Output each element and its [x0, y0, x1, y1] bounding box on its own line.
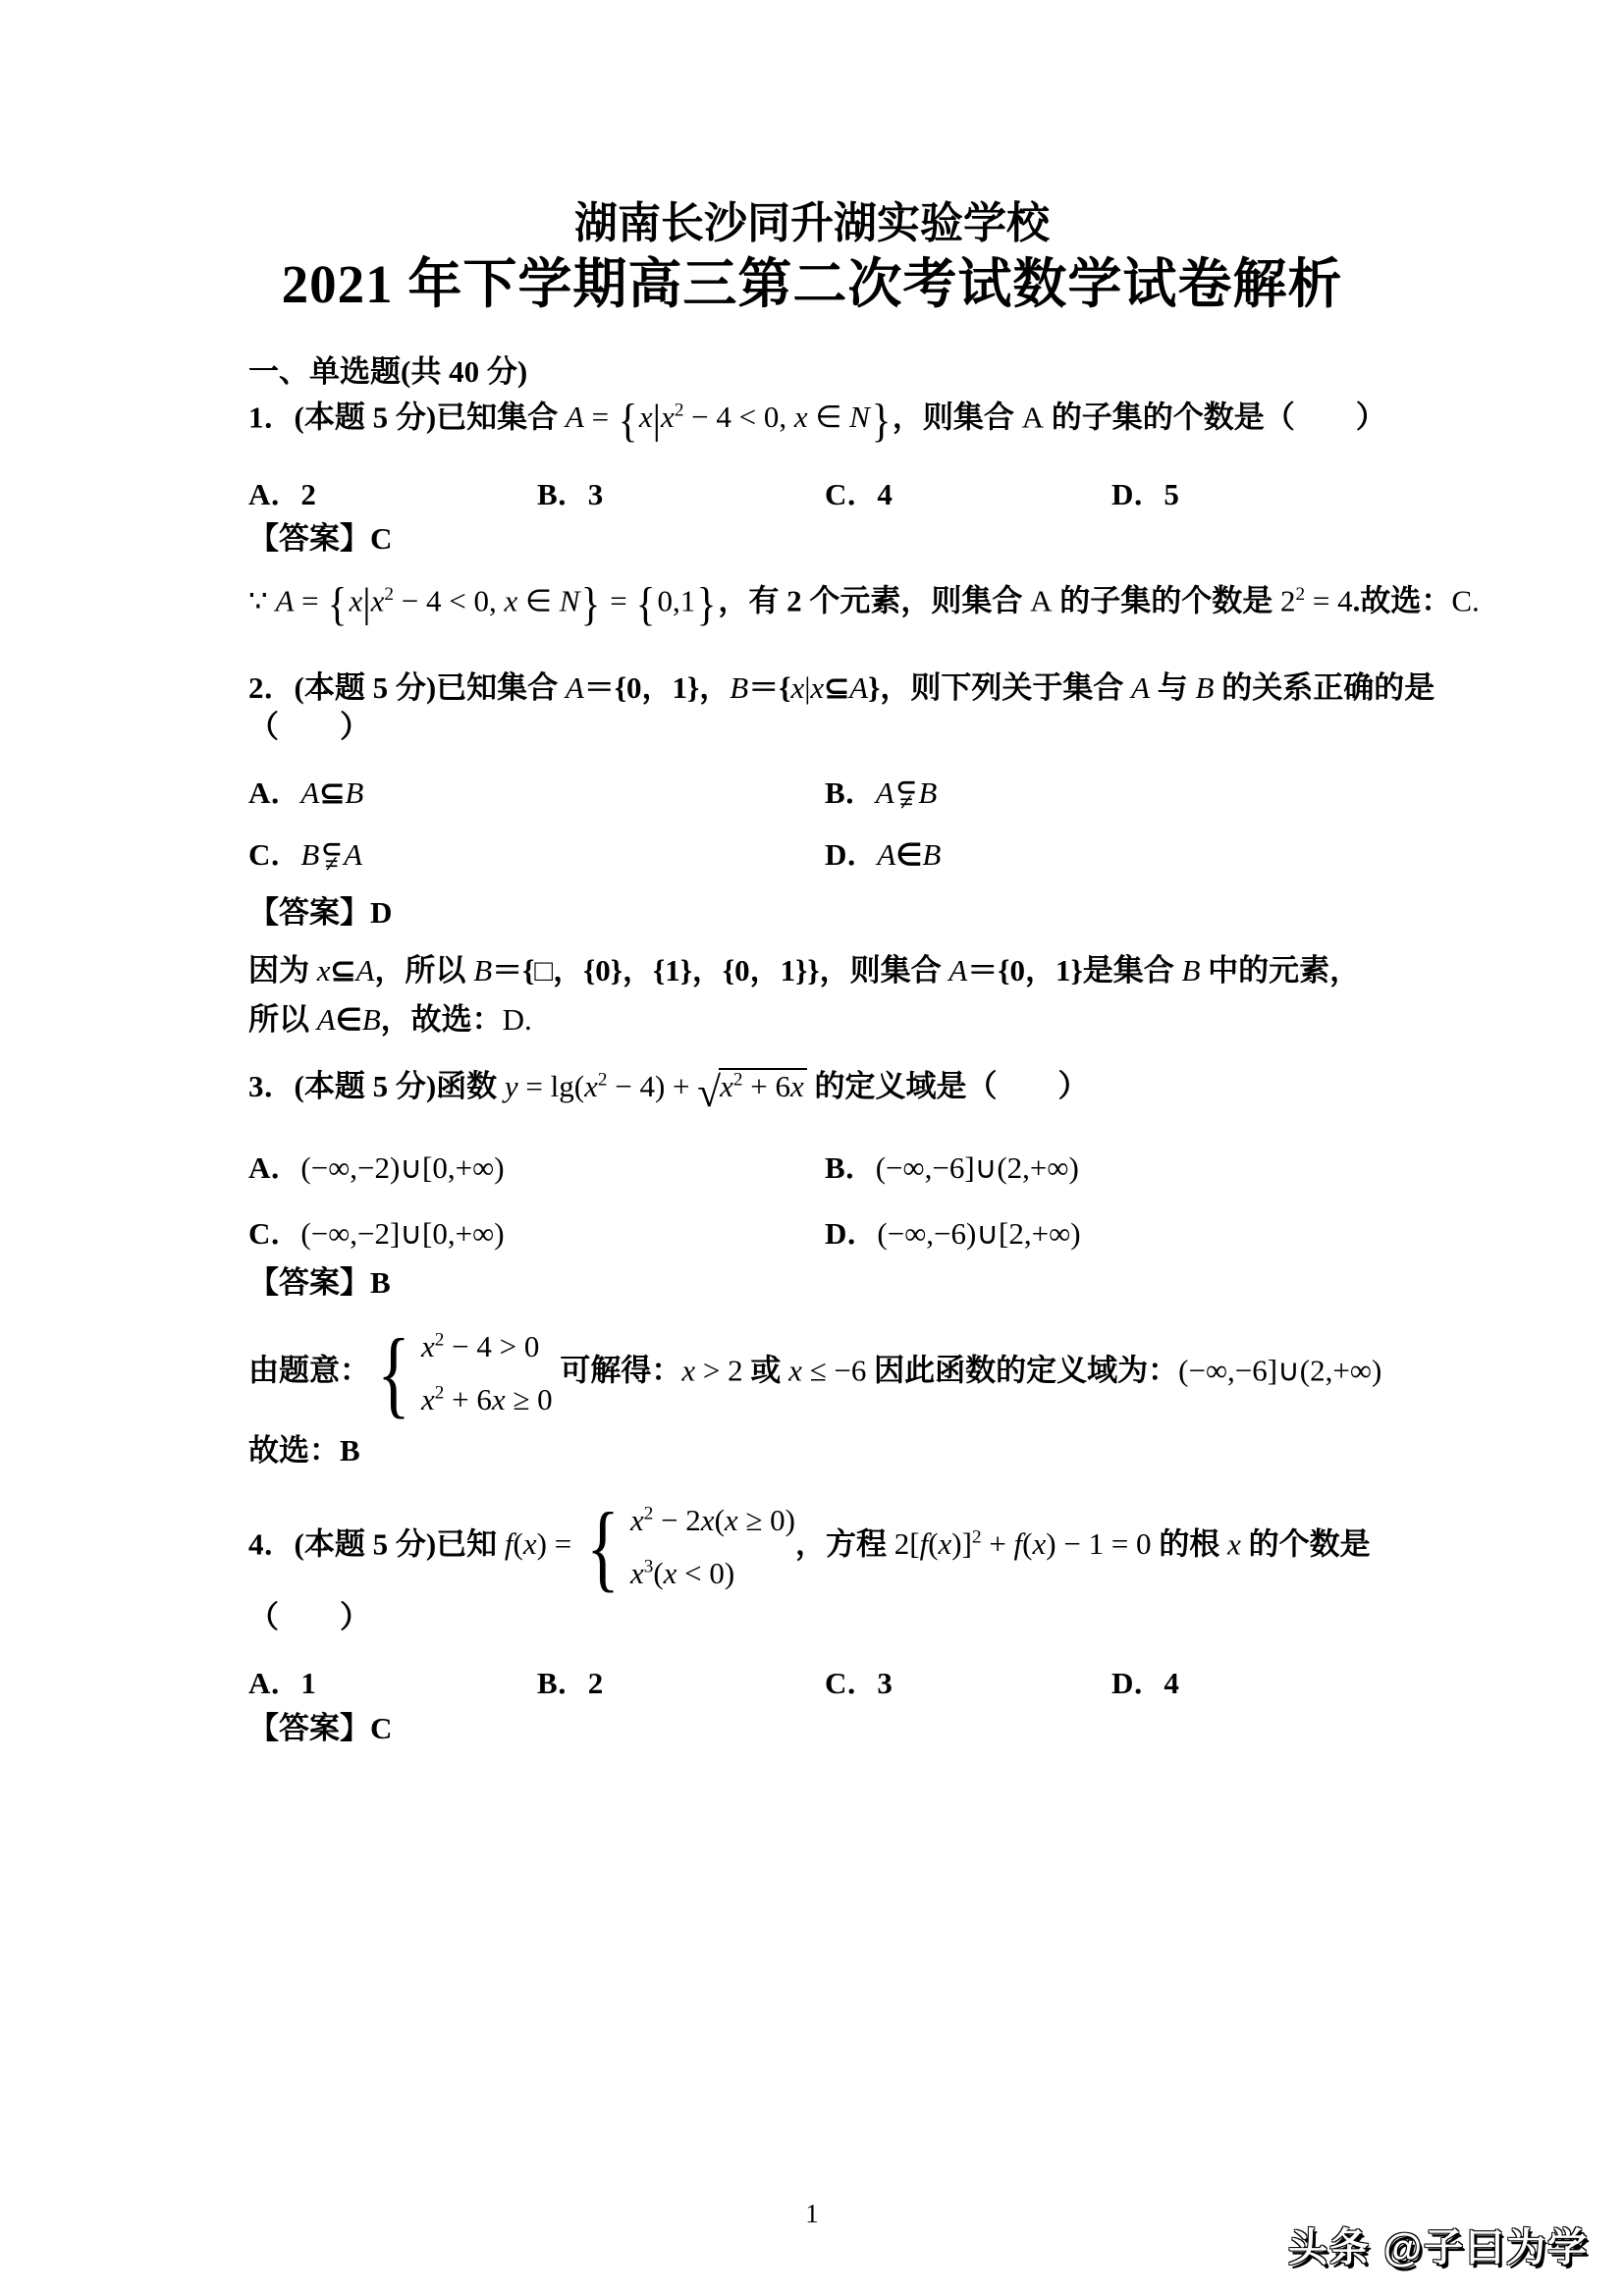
- q2-options-row2: C．B⊂ ≠A D．A∈B: [248, 829, 1417, 875]
- q2-solution-line2: 所以 A∈B，故选：D.: [248, 1001, 532, 1040]
- q3-option-c: C．(−∞,−2]∪[0,+∞): [248, 1208, 505, 1253]
- q2-paren: （ ）: [248, 709, 370, 747]
- q2-stem: 2．(本题 5 分)已知集合 A＝{0，1}，B＝{x|x⊆A}，则下列关于集合…: [248, 669, 1435, 708]
- q4-stem: 4．(本题 5 分)已知 f(x) = {x2 − 2x(x ≥ 0)x3(x …: [248, 1494, 1371, 1601]
- q3-options-row2: C．(−∞,−2]∪[0,+∞) D．(−∞,−6)∪[2,+∞): [248, 1208, 1417, 1254]
- q1-stem: 1．(本题 5 分)已知集合 A = {x|x2 − 4 < 0, x ∈ N}…: [248, 398, 1386, 445]
- q4-option-c: C．3: [825, 1658, 893, 1702]
- q1-option-a: A．2: [248, 469, 316, 513]
- subset-not-equal-symbol: ⊂ ≠: [319, 842, 344, 873]
- q4-options: A．1 B．2 C．3 D．4: [248, 1658, 1417, 1703]
- q4-option-b: B．2: [537, 1658, 603, 1702]
- system-of-inequalities: {x2 − 4 > 0x2 + 6x ≥ 0: [370, 1353, 553, 1387]
- school-title: 湖南长沙同升湖实验学校: [0, 196, 1624, 250]
- q4-option-a: A．1: [248, 1658, 316, 1702]
- q2-answer: 【答案】D: [248, 894, 392, 933]
- q3-option-a: A．(−∞,−2)∪[0,+∞): [248, 1143, 505, 1187]
- q3-option-b: B．(−∞,−6]∪(2,+∞): [825, 1143, 1079, 1187]
- radicand: x2 + 6x: [719, 1068, 807, 1103]
- q3-solution-line2: 故选：B: [248, 1432, 360, 1470]
- q4-equation: 2[f(x)]2 + f(x) − 1 = 0: [894, 1526, 1152, 1561]
- subset-not-equal-symbol: ⊂ ≠: [894, 780, 919, 811]
- q2-solution-line1: 因为 x⊆A，所以 B＝{□，{0}，{1}，{0，1}}，则集合 A＝{0，1…: [248, 952, 1360, 990]
- q1-set-formula: A = {x|x2 − 4 < 0, x ∈ N}: [566, 400, 893, 434]
- q4-option-d: D．4: [1111, 1658, 1179, 1702]
- q3-answer: 【答案】B: [248, 1264, 391, 1303]
- q3-solution-line1: 由题意：{x2 − 4 > 0x2 + 6x ≥ 0 可解得：x > 2 或 x…: [248, 1320, 1381, 1427]
- q1-answer: 【答案】C: [248, 520, 392, 559]
- q1-option-b: B．3: [537, 469, 603, 513]
- q1-solution: ∵ A = {x|x2 − 4 < 0, x ∈ N} = {0,1}，有 2 …: [248, 581, 1480, 628]
- q3-stem: 3．(本题 5 分)函数 y = lg(x2 − 4) + √x2 + 6x 的…: [248, 1068, 1088, 1114]
- exam-title: 2021 年下学期高三第二次考试数学试卷解析: [0, 251, 1624, 319]
- q4-paren: （ ）: [248, 1599, 370, 1637]
- q3-option-d: D．(−∞,−6)∪[2,+∞): [825, 1208, 1081, 1253]
- section-heading: 一、单选题(共 40 分): [248, 353, 527, 392]
- exam-page: 湖南长沙同升湖实验学校 2021 年下学期高三第二次考试数学试卷解析 一、单选题…: [0, 0, 1624, 2296]
- q2-option-b: B．A⊂ ≠B: [825, 768, 937, 812]
- q3-options-row1: A．(−∞,−2)∪[0,+∞) B．(−∞,−6]∪(2,+∞): [248, 1143, 1417, 1188]
- q1-options: A．2 B．3 C．4 D．5: [248, 469, 1417, 514]
- q4-piecewise-formula: f(x) = {x2 − 2x(x ≥ 0)x3(x < 0): [505, 1526, 795, 1561]
- q2-option-a: A．A⊆B: [248, 768, 363, 812]
- q2-option-c: C．B⊂ ≠A: [248, 829, 362, 874]
- radical-sign: √: [697, 1072, 721, 1114]
- watermark: 头条 @子曰为学: [1288, 2216, 1589, 2272]
- q1-option-d: D．5: [1111, 469, 1179, 513]
- q1-option-c: C．4: [825, 469, 893, 513]
- q2-option-d: D．A∈B: [825, 829, 941, 874]
- q3-function-formula: y = lg(x2 − 4) + √x2 + 6x: [505, 1069, 807, 1103]
- q4-answer: 【答案】C: [248, 1710, 392, 1748]
- q2-options-row1: A．A⊆B B．A⊂ ≠B: [248, 768, 1417, 813]
